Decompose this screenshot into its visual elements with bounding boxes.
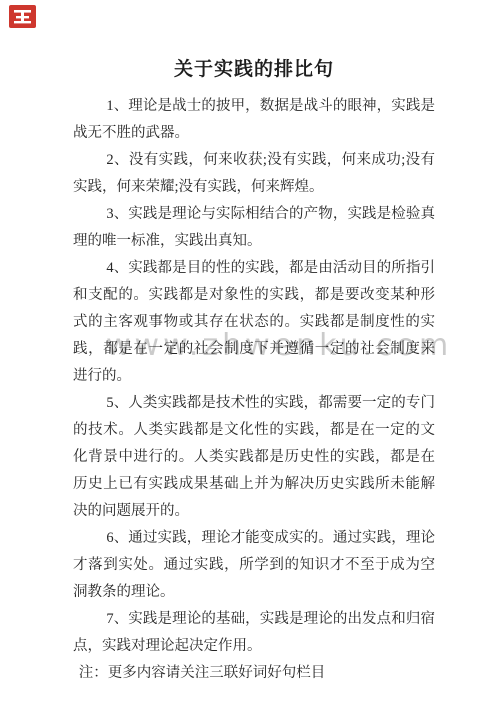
- paragraph-2: 2、没有实践，何来收获;没有实践，何来成功;没有实践，何来荣耀;没有实践，何来辉…: [73, 147, 435, 201]
- paragraph-3: 3、实践是理论与实际相结合的产物，实践是检验真理的唯一标准，实践出真知。: [73, 201, 435, 255]
- document-page: www.zhwenku.com 关于实践的排比句 1、理论是战士的披甲，数据是战…: [0, 0, 500, 708]
- paragraph-1: 1、理论是战士的披甲，数据是战斗的眼神，实践是战无不胜的武器。: [73, 93, 435, 147]
- paragraph-4: 4、实践都是目的性的实践，都是由活动目的所指引和支配的。实践都是对象性的实践，都…: [73, 255, 435, 390]
- paragraph-6: 6、通过实践，理论才能变成实的。通过实践，理论才落到实处。通过实践，所学到的知识…: [73, 525, 435, 606]
- red-seal-stamp-icon: [9, 5, 36, 28]
- document-content: 关于实践的排比句 1、理论是战士的披甲，数据是战斗的眼神，实践是战无不胜的武器。…: [73, 56, 435, 687]
- footer-note: 注：更多内容请关注三联好词好句栏目: [73, 660, 435, 687]
- document-title: 关于实践的排比句: [73, 56, 435, 84]
- paragraph-7: 7、实践是理论的基础，实践是理论的出发点和归宿点，实践对理论起决定作用。: [73, 606, 435, 660]
- stamp-glyph-icon: [13, 9, 32, 24]
- paragraph-5: 5、人类实践都是技术性的实践，都需要一定的专门的技术。人类实践都是文化性的实践，…: [73, 390, 435, 525]
